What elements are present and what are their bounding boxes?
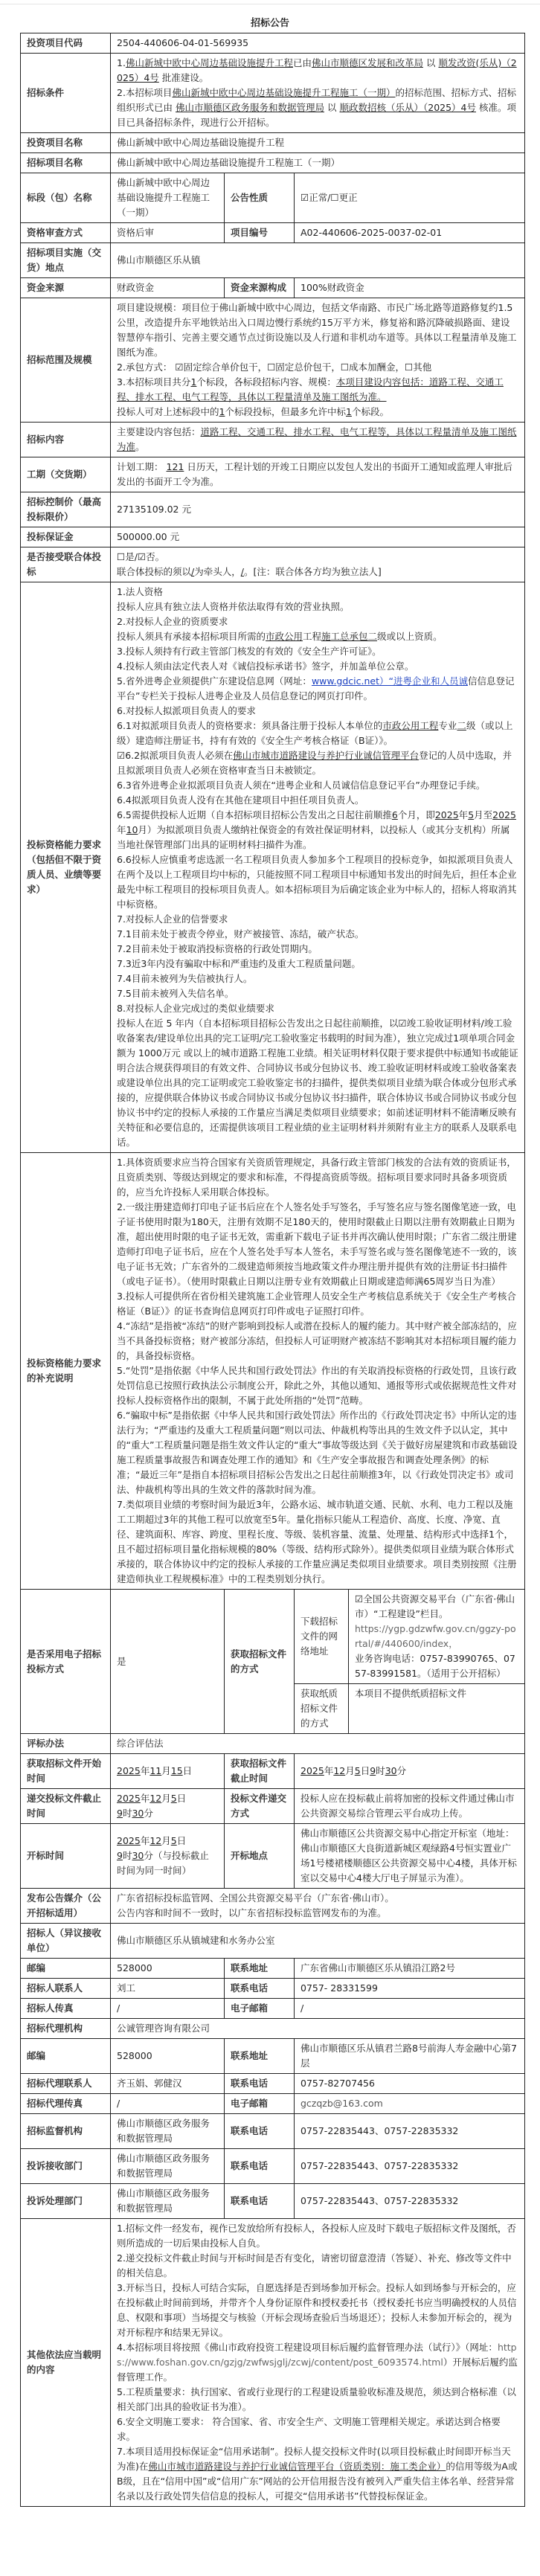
label-supervisor: 招标监督机构 (21, 2114, 111, 2149)
label-submit-deadline: 递交投标文件截止时间 (21, 1789, 111, 1824)
row-location: 招标项目实施（交货）地点 佛山市顺德区乐从镇 (21, 243, 525, 278)
value-tenderer-contact: 刘工 (111, 1979, 225, 1999)
label-agency-fax: 招标代理传真 (21, 2094, 111, 2114)
row-conditions: 招标条件 1.佛山新城中欧中心周边基础设施提升工程已由佛山市顺德区发展和改革局 … (21, 54, 525, 133)
label-acquire-end: 获取招标文件截止时间 (225, 1754, 295, 1789)
label-acquire-method: 获取招标文件的方式 (225, 1590, 295, 1734)
row-invest-name: 投资项目名称 佛山新城中欧中心周边基础设施提升工程 (21, 133, 525, 153)
row-content: 招标内容 主要建设内容包括：道路工程、交通工程、排水工程、电气工程等，具体以工程… (21, 423, 525, 457)
label-download-address: 下载招标文件的网络地址 (295, 1590, 349, 1684)
value-tender-name: 佛山新城中欧中心周边基础设施提升工程施工（一期） (111, 153, 525, 173)
value-tenderer-fax: / (111, 1999, 225, 2019)
label-tender-name: 招标项目名称 (21, 153, 111, 173)
row-review: 资格审查方式 资格后审 项目编号 A02-440606-2025-0037-02… (21, 223, 525, 243)
value-qualification: 1.法人资格 投标人应具有独立法人资格并依法取得有效的营业执照。 2.对投标人企… (111, 582, 525, 1153)
value-submit-deadline: 2025年12月5日9时30分 (111, 1789, 225, 1824)
value-agency-phone: 0757-82707456 (295, 2074, 525, 2094)
value-tenderer-address: 广东省佛山市顺德区乐从镇沿江路2号 (295, 1959, 525, 1979)
row-agency: 招标代理机构 公诚管理咨询有限公司 (21, 2019, 525, 2039)
label-complaint-receive-phone: 联系电话 (225, 2149, 295, 2184)
value-download-address: ☑全国公共资源交易平台（广东省·佛山市）“工程建设”栏目。 https://yg… (349, 1590, 525, 1684)
value-supplement: 1.具体资质要求应当符合国家有关资质管理规定，具备行政主管部门核发的合法有效的资… (111, 1153, 525, 1590)
label-opening-time: 开标时间 (21, 1824, 111, 1889)
value-section: 佛山新城中欧中心周边基础设施提升工程施工（一期） (111, 173, 225, 223)
row-acquire-time: 获取招标文件开始时间 2025年11月15日 获取招标文件截止时间 2025年1… (21, 1754, 525, 1789)
row-tender-name: 招标项目名称 佛山新城中欧中心周边基础设施提升工程施工（一期） (21, 153, 525, 173)
value-tenderer-phone: 0757- 28331599 (295, 1979, 525, 1999)
label-tenderer-contact: 招标人联系人 (21, 1979, 111, 1999)
row-complaint-receive: 投诉接收部门 佛山市顺德区政务服务和数据管理局 联系电话 0757-228354… (21, 2149, 525, 2184)
value-electronic: 是 (111, 1590, 225, 1734)
label-control-price: 招标控制价（最高投标限价） (21, 492, 111, 527)
label-electronic: 是否采用电子招标投标方式 (21, 1590, 111, 1734)
gdcic-link[interactable]: www.gdcic.net）“进粤企业和人员诚 (312, 675, 468, 687)
label-deposit: 投标保证金 (21, 527, 111, 547)
top-divider (0, 4, 540, 4)
value-submit-method: 投标人应在投标截止前将加密的投标文件通过佛山市公共资源交易综合管理云平台成功上传… (295, 1789, 525, 1824)
label-review: 资格审查方式 (21, 223, 111, 243)
value-period: 计划工期： 121 日历天，工程计划的开竣工日期应以发包人发出的书面开工通知或监… (111, 457, 525, 492)
value-tenderer-email: / (295, 1999, 525, 2019)
value-media: 广东省招标投标监管网、全国公共资源交易平台（广东省·佛山市）。 公告内容和时间不… (111, 1889, 525, 1924)
label-complaint-receive: 投诉接收部门 (21, 2149, 111, 2184)
condition-2: 2.本招标项目佛山新城中欧中心周边基础设施提升工程施工（一期）的招标范围、招标方… (117, 86, 518, 130)
value-notice-nature: ☑正常/☐更正 (295, 173, 525, 223)
row-tenderer-post: 邮编 528000 联系地址 广东省佛山市顺德区乐从镇沿江路2号 (21, 1959, 525, 1979)
row-agency-post: 邮编 528000 联系地址 佛山市顺德区乐从镇君兰路8号前海人寿金融中心第7层 (21, 2039, 525, 2074)
row-other: 其他依法应当载明的内容 1.招标文件一经发布，视作已发放给所有投标人，各投标人应… (21, 2219, 525, 2507)
value-funding: 财政资金 (111, 278, 225, 298)
label-supplement: 投标资格能力要求的补充说明 (21, 1153, 111, 1590)
value-complaint-receive-phone: 0757-22835443、0757-22835332 (295, 2149, 525, 2184)
value-complaint-handle: 佛山市顺德区政务服务和数据管理局 (111, 2184, 225, 2219)
value-conditions: 1.佛山新城中欧中心周边基础设施提升工程已由佛山市顺德区发展和改革局 以 顺发改… (111, 54, 525, 133)
row-submit: 递交投标文件截止时间 2025年12月5日9时30分 投标文件递交方式 投标人应… (21, 1789, 525, 1824)
row-invest-code: 投资项目代码 2504-440606-04-01-569935 (21, 33, 525, 54)
label-supervisor-phone: 联系电话 (225, 2114, 295, 2149)
value-control-price: 27135109.02 元 (111, 492, 525, 527)
row-tenderer: 招标人（异议接收单位） 佛山市顺德区乐从镇城建和水务办公室 (21, 1924, 525, 1959)
label-tenderer-email: 电子邮箱 (225, 1999, 295, 2019)
label-conditions: 招标条件 (21, 54, 111, 133)
value-agency-email[interactable]: gczqzb@163.com (295, 2094, 525, 2114)
value-project-code: A02-440606-2025-0037-02-01 (295, 223, 525, 243)
label-agency-address: 联系地址 (225, 2039, 295, 2074)
label-acquire-start: 获取招标文件开始时间 (21, 1754, 111, 1789)
label-other: 其他依法应当载明的内容 (21, 2219, 111, 2507)
value-tenderer: 佛山市顺德区乐从镇城建和水务办公室 (111, 1924, 525, 1959)
value-agency: 公诚管理咨询有限公司 (111, 2019, 525, 2039)
label-media: 发布公告媒介（公开招标适用） (21, 1889, 111, 1924)
value-supervisor: 佛山市顺德区政务服务和数据管理局 (111, 2114, 225, 2149)
row-supervisor: 招标监督机构 佛山市顺德区政务服务和数据管理局 联系电话 0757-228354… (21, 2114, 525, 2149)
label-consortium: 是否接受联合体投标 (21, 547, 111, 582)
label-evaluation: 评标办法 (21, 1734, 111, 1754)
label-tenderer-address: 联系地址 (225, 1959, 295, 1979)
label-agency-email: 电子邮箱 (225, 2094, 295, 2114)
value-complaint-handle-phone: 0757-22835443、0757-22835332 (295, 2184, 525, 2219)
row-deposit: 投标保证金 500000.00 元 (21, 527, 525, 547)
row-tenderer-fax: 招标人传真 / 电子邮箱 / (21, 1999, 525, 2019)
value-review: 资格后审 (111, 223, 225, 243)
value-opening-place: 佛山市顺德区公共资源交易中心指定开标室（地址：佛山市顺德区大良街道新城区观绿路4… (295, 1824, 525, 1889)
value-invest-code: 2504-440606-04-01-569935 (111, 33, 525, 54)
label-tenderer: 招标人（异议接收单位） (21, 1924, 111, 1959)
label-agency-postcode: 邮编 (21, 2039, 111, 2074)
row-electronic: 是否采用电子招标投标方式 是 获取招标文件的方式 下载招标文件的网络地址 ☑全国… (21, 1590, 525, 1684)
value-funding-composition: 100%财政资金 (295, 278, 525, 298)
value-evaluation: 综合评估法 (111, 1734, 525, 1754)
value-opening-time: 2025年12月5日9时30分（与投标截止时间为同一时间） (111, 1824, 225, 1889)
row-media: 发布公告媒介（公开招标适用） 广东省招标投标监管网、全国公共资源交易平台（广东省… (21, 1889, 525, 1924)
tender-notice-table: 投资项目代码 2504-440606-04-01-569935 招标条件 1.佛… (20, 33, 525, 2507)
row-complaint-handle: 投诉处理部门 佛山市顺德区政务服务和数据管理局 联系电话 0757-228354… (21, 2184, 525, 2219)
value-tenderer-postcode: 528000 (111, 1959, 225, 1979)
label-period: 工期（交货期） (21, 457, 111, 492)
label-submit-method: 投标文件递交方式 (225, 1789, 295, 1824)
label-content: 招标内容 (21, 423, 111, 457)
label-qualification: 投标资格能力要求（包括但不限于资质人员、业绩等要求） (21, 582, 111, 1153)
value-consortium: ☐是/☑否。 联合体投标的须以/为牵头人，/。[注：联合体各方均为独立法人] (111, 547, 525, 582)
value-deposit: 500000.00 元 (111, 527, 525, 547)
label-invest-name: 投资项目名称 (21, 133, 111, 153)
value-complaint-receive: 佛山市顺德区政务服务和数据管理局 (111, 2149, 225, 2184)
label-opening-place: 开标地点 (225, 1824, 295, 1889)
value-agency-postcode: 528000 (111, 2039, 225, 2074)
value-other: 1.招标文件一经发布，视作已发放给所有投标人，各投标人应及时下载电子版招标文件及… (111, 2219, 525, 2507)
label-scope: 招标范围及规模 (21, 298, 111, 423)
label-complaint-handle-phone: 联系电话 (225, 2184, 295, 2219)
row-supplement: 投标资格能力要求的补充说明 1.具体资质要求应当符合国家有关资质管理规定，具备行… (21, 1153, 525, 1590)
label-agency-contact: 招标代理联系人 (21, 2074, 111, 2094)
label-funding: 资金来源 (21, 278, 111, 298)
row-agency-fax: 招标代理传真 / 电子邮箱 gczqzb@163.com (21, 2094, 525, 2114)
label-agency: 招标代理机构 (21, 2019, 111, 2039)
label-tenderer-postcode: 邮编 (21, 1959, 111, 1979)
label-location: 招标项目实施（交货）地点 (21, 243, 111, 278)
row-scope: 招标范围及规模 项目建设规模：项目位于佛山新城中欧中心周边，包括文华南路、市民广… (21, 298, 525, 423)
row-control-price: 招标控制价（最高投标限价） 27135109.02 元 (21, 492, 525, 527)
row-agency-contact: 招标代理联系人 齐玉娟、郭健汉 联系电话 0757-82707456 (21, 2074, 525, 2094)
value-paper-method: 本项目不提供纸质招标文件 (349, 1684, 525, 1734)
row-opening: 开标时间 2025年12月5日9时30分（与投标截止时间为同一时间） 开标地点 … (21, 1824, 525, 1889)
value-agency-fax: / (111, 2094, 225, 2114)
label-section: 标段（包）名称 (21, 173, 111, 223)
page-title: 招标公告 (0, 16, 540, 31)
value-agency-address: 佛山市顺德区乐从镇君兰路8号前海人寿金融中心第7层 (295, 2039, 525, 2074)
project-name-link: 佛山新城中欧中心周边基础设施提升工程 (126, 57, 293, 68)
row-consortium: 是否接受联合体投标 ☐是/☑否。 联合体投标的须以/为牵头人，/。[注：联合体各… (21, 547, 525, 582)
value-acquire-end: 2025年12月5日9时30分 (295, 1754, 525, 1789)
label-funding-composition: 资金来源构成 (225, 278, 295, 298)
value-location: 佛山市顺德区乐从镇 (111, 243, 525, 278)
value-agency-contact: 齐玉娟、郭健汉 (111, 2074, 225, 2094)
row-section: 标段（包）名称 佛山新城中欧中心周边基础设施提升工程施工（一期） 公告性质 ☑正… (21, 173, 525, 223)
label-invest-code: 投资项目代码 (21, 33, 111, 54)
label-notice-nature: 公告性质 (225, 173, 295, 223)
row-tenderer-contact: 招标人联系人 刘工 联系电话 0757- 28331599 (21, 1979, 525, 1999)
label-project-code: 项目编号 (225, 223, 295, 243)
label-paper-method: 获取纸质招标文件的方式 (295, 1684, 349, 1734)
row-evaluation: 评标办法 综合评估法 (21, 1734, 525, 1754)
value-acquire-start: 2025年11月15日 (111, 1754, 225, 1789)
value-content: 主要建设内容包括：道路工程、交通工程、排水工程、电气工程等，具体以工程量清单及施… (111, 423, 525, 457)
value-supervisor-phone: 0757-22835443、0757-22835332 (295, 2114, 525, 2149)
row-qualification: 投标资格能力要求（包括但不限于资质人员、业绩等要求） 1.法人资格 投标人应具有… (21, 582, 525, 1153)
label-tenderer-fax: 招标人传真 (21, 1999, 111, 2019)
condition-1: 1.佛山新城中欧中心周边基础设施提升工程已由佛山市顺德区发展和改革局 以 顺发改… (117, 56, 518, 86)
row-period: 工期（交货期） 计划工期： 121 日历天，工程计划的开竣工日期应以发包人发出的… (21, 457, 525, 492)
label-complaint-handle: 投诉处理部门 (21, 2184, 111, 2219)
value-scope: 项目建设规模：项目位于佛山新城中欧中心周边，包括文华南路、市民广场北路等道路修复… (111, 298, 525, 423)
label-tenderer-phone: 联系电话 (225, 1979, 295, 1999)
row-funding: 资金来源 财政资金 资金来源构成 100%财政资金 (21, 278, 525, 298)
label-agency-phone: 联系电话 (225, 2074, 295, 2094)
value-invest-name: 佛山新城中欧中心周边基础设施提升工程 (111, 133, 525, 153)
download-portal-link[interactable]: https://ygp.gdzwfw.gov.cn/ggzy-portal/#/… (355, 1622, 518, 1651)
